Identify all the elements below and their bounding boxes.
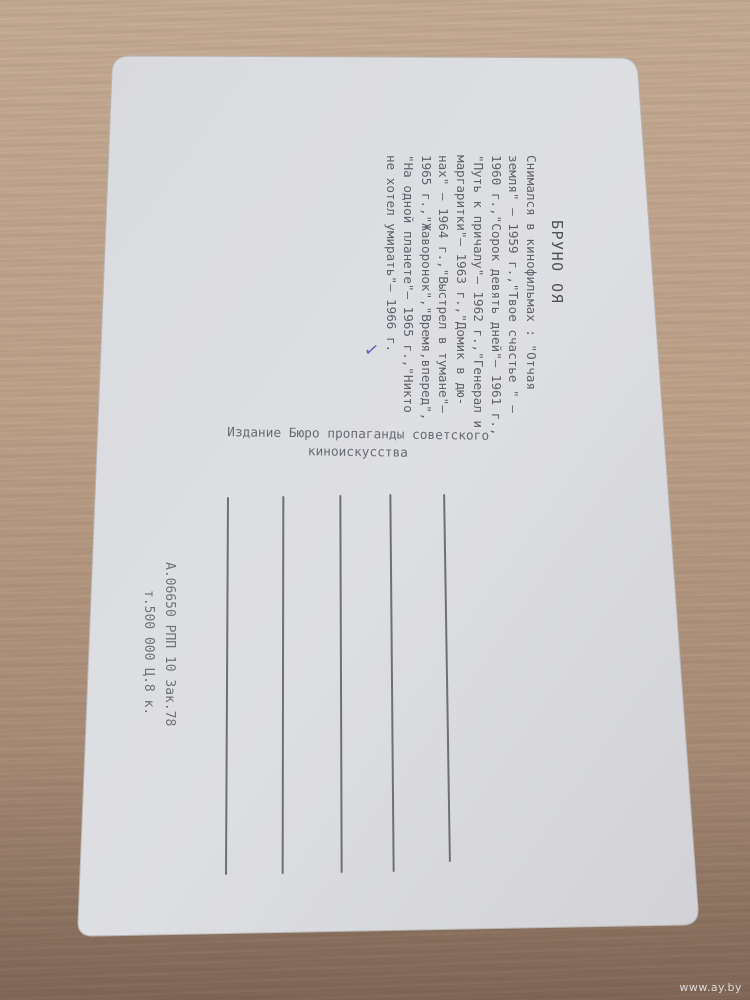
bio-line: 1965 г.,"Жаворонок","Время,вперед",	[418, 155, 436, 436]
filmography-text: Снимался в кинофильмах : "Отчая земля" –…	[383, 155, 541, 436]
publisher-imprint: Издание Бюро пропаганды советского кинои…	[178, 423, 538, 464]
bio-line: "На одной планете"– 1965 г.,"Никто	[400, 155, 418, 436]
postcard-paper	[0, 0, 750, 1000]
bio-line: "Путь к причалу"– 1962 г.,"Генерал и	[470, 155, 488, 436]
print-info: А.06650 РПП 10 Зак.78 т.500 000 Ц.8 к.	[138, 562, 180, 726]
print-info-line: А.06650 РПП 10 Зак.78	[159, 562, 180, 726]
bio-line: нах" – 1964 г.,"Выстрел в тумане"–	[435, 155, 453, 436]
bio-line: Снимался в кинофильмах : "Отчая	[523, 155, 541, 436]
postcard: БРУНО ОЯ Снимался в кинофильмах : "Отчая…	[0, 0, 750, 1000]
bio-line: не хотел умирать"– 1966 г.	[383, 155, 401, 436]
bio-line: маргаритки"– 1963 г.,"Домик в дю-	[453, 155, 471, 436]
bio-line: земля" – 1959 г.,"Твое счастье " –	[505, 155, 523, 436]
watermark: www.ay.by	[679, 981, 742, 994]
actor-name-title: БРУНО ОЯ	[548, 220, 566, 304]
bio-line: 1960 г.,"Сорок девять дней"– 1961 г.,	[488, 155, 506, 436]
print-info-line: т.500 000 Ц.8 к.	[138, 562, 159, 726]
